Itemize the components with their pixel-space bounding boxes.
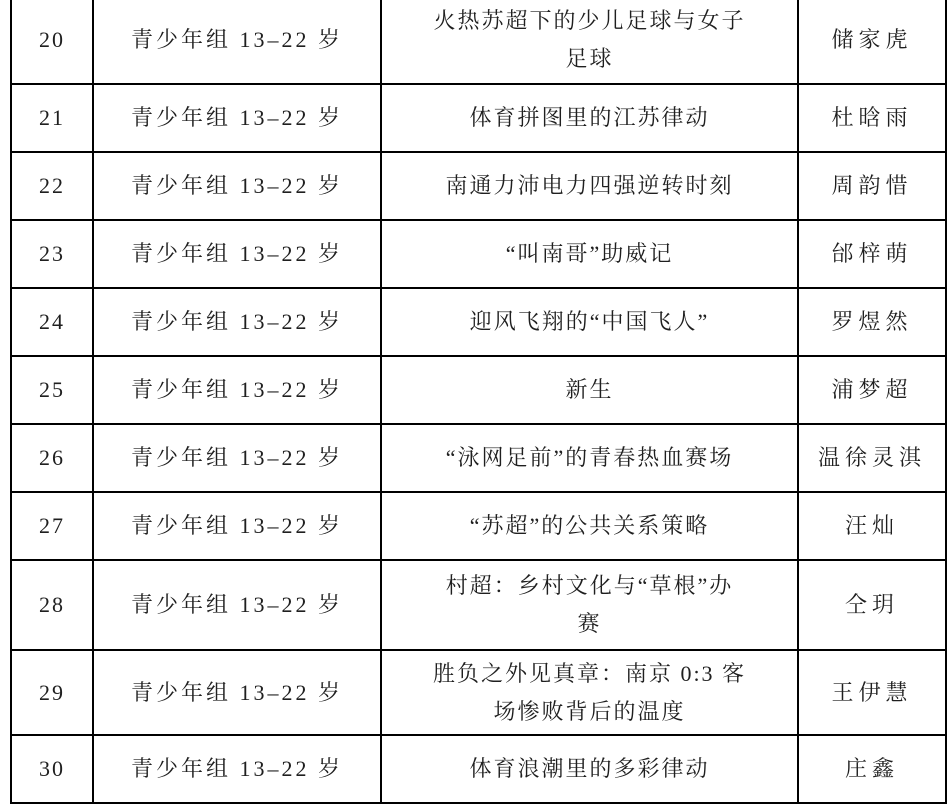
row-number-cell: 22 [11, 152, 93, 220]
table-row: 28 青少年组 13–22 岁 村超：乡村文化与“草根”办 赛 仝玥 [11, 560, 946, 650]
author-cell: 周韵惜 [798, 152, 946, 220]
title-cell: 体育拼图里的江苏律动 [381, 84, 798, 152]
table-row: 27 青少年组 13–22 岁 “苏超”的公共关系策略 汪灿 [11, 492, 946, 560]
table-row: 24 青少年组 13–22 岁 迎风飞翔的“中国飞人” 罗煜然 [11, 288, 946, 356]
row-number-cell: 20 [11, 0, 93, 84]
author-cell: 邰梓萌 [798, 220, 946, 288]
table-row: 23 青少年组 13–22 岁 “叫南哥”助威记 邰梓萌 [11, 220, 946, 288]
author-cell: 王伊慧 [798, 650, 946, 735]
row-number-cell: 29 [11, 650, 93, 735]
author-cell: 仝玥 [798, 560, 946, 650]
title-cell: “苏超”的公共关系策略 [381, 492, 798, 560]
author-cell: 杜晗雨 [798, 84, 946, 152]
row-number-cell: 25 [11, 356, 93, 424]
group-cell: 青少年组 13–22 岁 [93, 288, 381, 356]
title-cell: 村超：乡村文化与“草根”办 赛 [381, 560, 798, 650]
row-number-cell: 21 [11, 84, 93, 152]
title-cell: 体育浪潮里的多彩律动 [381, 735, 798, 803]
group-cell: 青少年组 13–22 岁 [93, 492, 381, 560]
title-cell: 火热苏超下的少儿足球与女子 足球 [381, 0, 798, 84]
entries-table: 20 青少年组 13–22 岁 火热苏超下的少儿足球与女子 足球 储家虎 21 … [10, 0, 947, 804]
title-cell: “泳网足前”的青春热血赛场 [381, 424, 798, 492]
group-cell: 青少年组 13–22 岁 [93, 220, 381, 288]
group-cell: 青少年组 13–22 岁 [93, 152, 381, 220]
row-number-cell: 24 [11, 288, 93, 356]
entries-table-body: 20 青少年组 13–22 岁 火热苏超下的少儿足球与女子 足球 储家虎 21 … [11, 0, 946, 803]
title-cell: “叫南哥”助威记 [381, 220, 798, 288]
author-cell: 汪灿 [798, 492, 946, 560]
group-cell: 青少年组 13–22 岁 [93, 424, 381, 492]
author-cell: 浦梦超 [798, 356, 946, 424]
document-page: 20 青少年组 13–22 岁 火热苏超下的少儿足球与女子 足球 储家虎 21 … [0, 0, 952, 812]
group-cell: 青少年组 13–22 岁 [93, 560, 381, 650]
title-cell: 新生 [381, 356, 798, 424]
table-row: 22 青少年组 13–22 岁 南通力沛电力四强逆转时刻 周韵惜 [11, 152, 946, 220]
group-cell: 青少年组 13–22 岁 [93, 735, 381, 803]
row-number-cell: 23 [11, 220, 93, 288]
row-number-cell: 27 [11, 492, 93, 560]
table-row: 29 青少年组 13–22 岁 胜负之外见真章：南京 0:3 客 场惨败背后的温… [11, 650, 946, 735]
title-cell: 迎风飞翔的“中国飞人” [381, 288, 798, 356]
table-row: 25 青少年组 13–22 岁 新生 浦梦超 [11, 356, 946, 424]
table-row: 30 青少年组 13–22 岁 体育浪潮里的多彩律动 庄鑫 [11, 735, 946, 803]
group-cell: 青少年组 13–22 岁 [93, 84, 381, 152]
table-row: 21 青少年组 13–22 岁 体育拼图里的江苏律动 杜晗雨 [11, 84, 946, 152]
row-number-cell: 30 [11, 735, 93, 803]
author-cell: 罗煜然 [798, 288, 946, 356]
row-number-cell: 28 [11, 560, 93, 650]
group-cell: 青少年组 13–22 岁 [93, 356, 381, 424]
title-cell: 南通力沛电力四强逆转时刻 [381, 152, 798, 220]
author-cell: 温徐灵淇 [798, 424, 946, 492]
table-row: 26 青少年组 13–22 岁 “泳网足前”的青春热血赛场 温徐灵淇 [11, 424, 946, 492]
group-cell: 青少年组 13–22 岁 [93, 0, 381, 84]
row-number-cell: 26 [11, 424, 93, 492]
author-cell: 庄鑫 [798, 735, 946, 803]
author-cell: 储家虎 [798, 0, 946, 84]
title-cell: 胜负之外见真章：南京 0:3 客 场惨败背后的温度 [381, 650, 798, 735]
group-cell: 青少年组 13–22 岁 [93, 650, 381, 735]
table-row: 20 青少年组 13–22 岁 火热苏超下的少儿足球与女子 足球 储家虎 [11, 0, 946, 84]
